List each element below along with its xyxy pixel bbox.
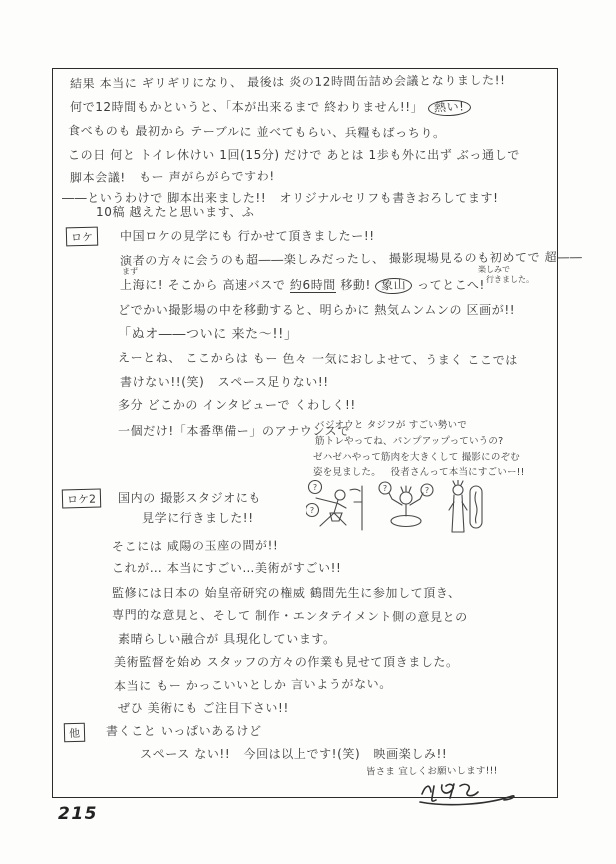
doodle-question-4: ? [425, 486, 429, 495]
roke2-line-6: 専門的な意見と、そして 制作・エンタテイメント側の意見との [112, 609, 468, 625]
intro-line-5: 脚本会議! もー 声がらがらですわ! [70, 170, 275, 185]
roke1-aside-3: ゼハゼハやって筋肉を大きくして 撮影にのぞむ [313, 453, 520, 463]
section-label-roke2: ロケ2 [62, 488, 101, 508]
roke2-line-7: 素晴らしい融合が 具現化しています。 [118, 633, 336, 646]
doodle-question-2: ? [310, 506, 314, 515]
roke1-line-4: どでかい撮影場の中を移動すると、明らかに 熱気ムンムンの 区画が!! [118, 304, 515, 317]
section-label-roke1: ロケ [66, 227, 98, 247]
roke1-line-5: 「ぬオ――ついに 来た〜!!」 [118, 328, 298, 342]
roke2-line-8: 美術監督を始め スタッフの方々の作業も見せて頂きました。 [114, 656, 459, 669]
roke2-line-5: 監修には日本の 始皇帝研究の権威 鶴間先生に参加して頂き、 [112, 587, 461, 600]
intro-line-2: 何で12時間もかというと、「本が出来るまで 終わりません!!」 熱い! [70, 100, 470, 116]
afterword-page: 結果 本当に ギリギリになり、 最後は 炎の12時間缶詰め会議となりました!! … [0, 0, 616, 864]
roke2-line-4: これが… 本当にすごい…美術がすごい!! [112, 562, 341, 575]
intro-line-4: この日 何と トイレ休けい 1回(15分) だけで あとは 1歩も外に出ず ぶっ… [68, 149, 520, 162]
training-doodle: ? ? ? ? [306, 480, 486, 552]
intro-line-6: ――というわけで 脚本出来ました!! オリジナルセリフも書きおろしてます! [62, 192, 499, 205]
other-line-1: 書くこと いっぱいあるけど [106, 725, 262, 738]
roke1-line-1: 中国ロケの見学にも 行かせて頂きましたー!! [120, 230, 375, 243]
intro-line-3: 食べものも 最初から テーブルに 並べてもらい、兵糧もばっちり。 [68, 125, 446, 141]
doodle-question-1: ? [313, 483, 317, 492]
page-number: 215 [58, 804, 98, 824]
intro-line-7: 10稿 越えたと思います、ふ [96, 206, 255, 219]
circled-note-zoushan: 象山 [375, 277, 413, 294]
circled-note-atsui: 熱い! [427, 99, 470, 117]
roke2-line-2: 見学に行きました!! [142, 512, 254, 525]
roke1-line-3-pre: 上海に! そこから 高速バスで [120, 278, 290, 292]
roke1-aside-2: 筋トレやってね、パンプアップっていうの? [315, 437, 503, 447]
roke2-line-9: 本当に もー かっこいいとしか 言いようがない。 [114, 678, 392, 694]
other-line-2: スペース ない!! 今回は以上です!(笑) 映画楽しみ!! [140, 748, 447, 761]
other-line-3: 皆さま 宜しくお願いします!!! [366, 766, 498, 778]
roke1-line-6: えーとね、 ここからは もー 色々 一気におしよせて、うまく ここでは [118, 352, 518, 368]
roke1-side-note-2: 行きました。 [486, 276, 534, 285]
roke1-line-8: 多分 どこかの インタビューで くわしく!! [118, 399, 356, 412]
roke2-line-3: そこには 咸陽の玉座の間が!! [112, 539, 279, 554]
roke1-line-3-post: ってとこへ! [413, 278, 485, 292]
section-label-other: 他 [64, 723, 85, 743]
roke1-furigana-mazu: まず [122, 268, 138, 277]
roke2-line-1: 国内の 撮影スタジオにも [118, 492, 261, 505]
roke1-aside-1: バジオウと タジフが すごい勢いで [315, 421, 467, 431]
roke1-line-3-underlined: 約6時間 [290, 278, 336, 293]
author-signature-drawing [416, 778, 526, 806]
roke2-line-10: ぜひ 美術にも ご注目下さい!! [118, 702, 289, 715]
doodle-question-3: ? [383, 484, 387, 493]
roke1-line-7: 書けない!!(笑) スペース足りない!! [120, 376, 329, 389]
intro-line-2-text: 何で12時間もかというと、「本が出来るまで 終わりません!!」 [70, 100, 428, 114]
author-signature [416, 778, 526, 806]
training-doodle-drawing: ? ? ? ? [306, 480, 486, 552]
roke1-side-note-1: 楽しみで [478, 266, 510, 275]
roke1-line-3: 上海に! そこから 高速バスで 約6時間 移動! 象山 ってとこへ! [120, 278, 485, 294]
roke1-aside-4: 姿を見ました。 役者さんって本当にすごいー!! [313, 468, 525, 478]
roke1-line-3-mid: 移動! [336, 278, 375, 292]
